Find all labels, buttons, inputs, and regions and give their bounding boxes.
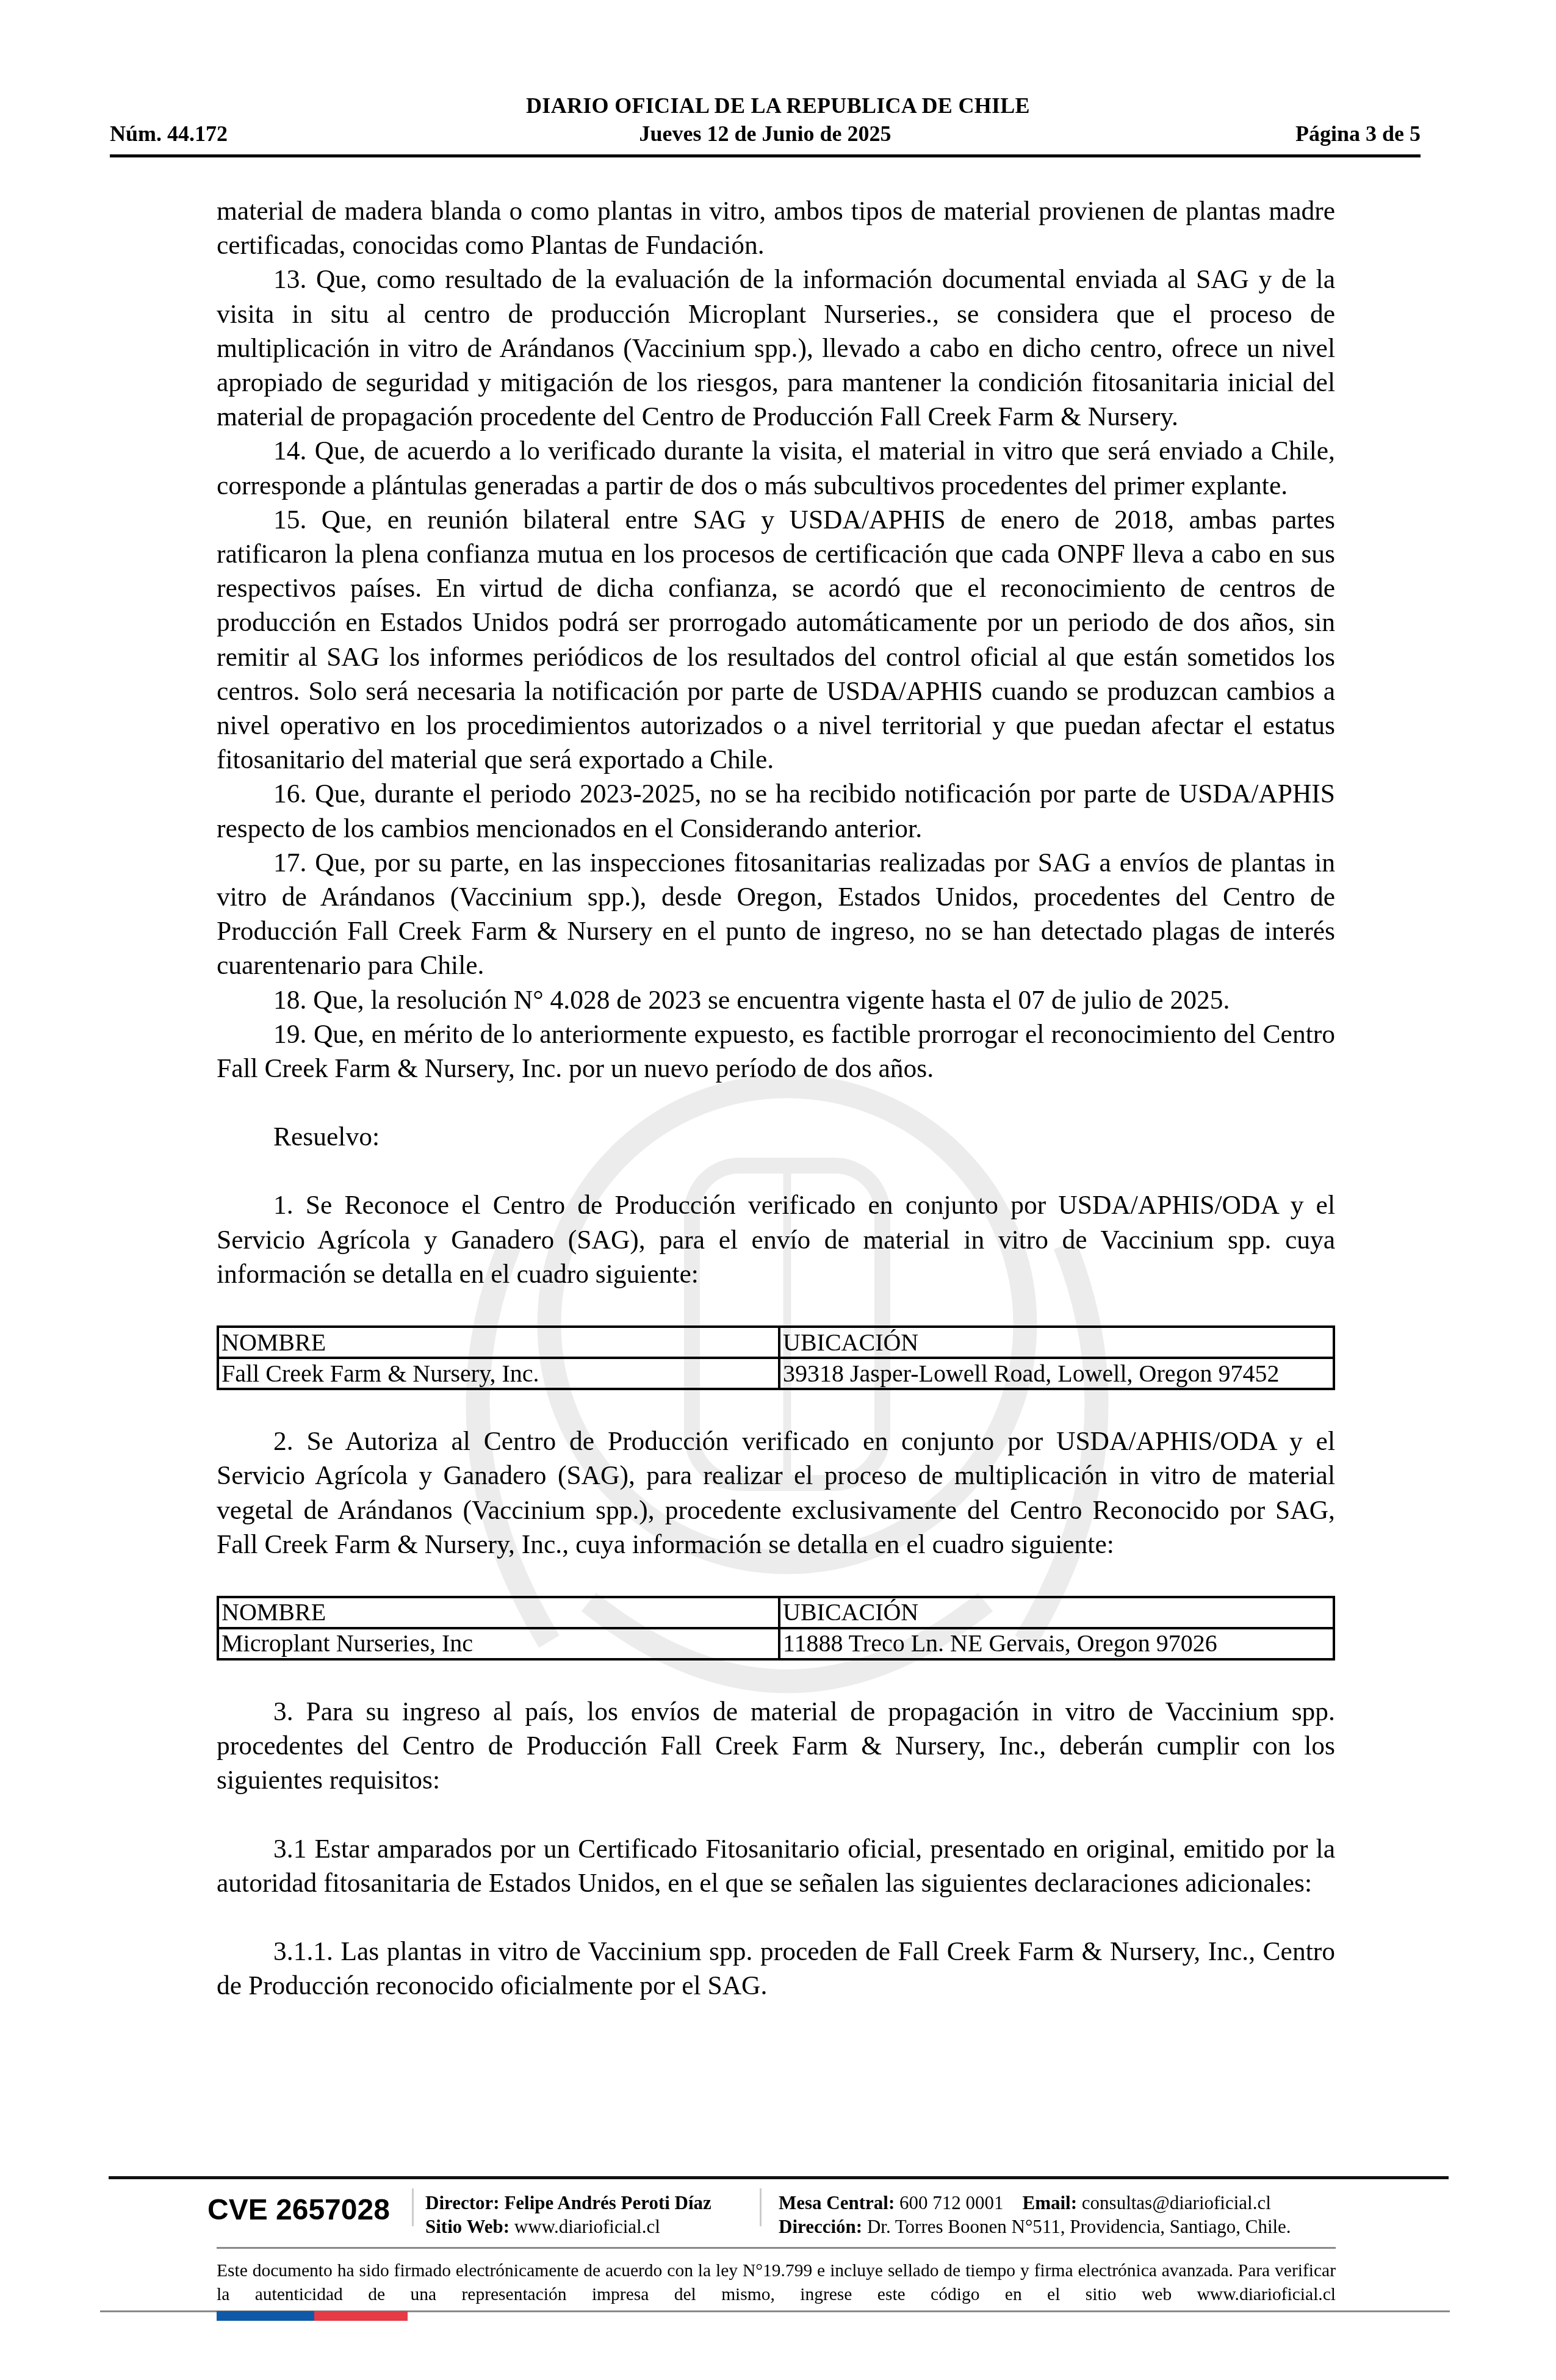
resolution-item-2: 2. Se Autoriza al Centro de Producción v…	[217, 1424, 1335, 1562]
spacer	[217, 1390, 1335, 1424]
paragraph-16: 16. Que, durante el periodo 2023-2025, n…	[217, 777, 1335, 845]
resolution-item-3: 3. Para su ingreso al país, los envíos d…	[217, 1695, 1335, 1798]
paragraph-17: 17. Que, por su parte, en las inspeccion…	[217, 846, 1335, 983]
website-label: Sitio Web:	[425, 2216, 510, 2237]
table-header-row: NOMBRE UBICACIÓN	[218, 1597, 1334, 1628]
cell-nombre: Fall Creek Farm & Nursery, Inc.	[218, 1358, 779, 1389]
flag-blue-stripe	[217, 2311, 314, 2321]
requirement-3-1: 3.1 Estar amparados por un Certificado F…	[217, 1832, 1335, 1900]
flag-red-stripe	[314, 2311, 408, 2321]
phone-label: Mesa Central:	[779, 2192, 895, 2213]
issue-date: Jueves 12 de Junio de 2025	[110, 121, 1421, 146]
footer-director-block: Director: Felipe Andrés Peroti Díaz Siti…	[425, 2191, 711, 2238]
paragraph-19: 19. Que, en mérito de lo anteriormente e…	[217, 1017, 1335, 1086]
spacer	[217, 1154, 1335, 1188]
footer-divider	[109, 2176, 1449, 2179]
requirement-3-1-1: 3.1.1. Las plantas in vitro de Vaccinium…	[217, 1935, 1335, 2003]
issue-number: Núm. 44.172	[110, 121, 228, 146]
paragraph-15: 15. Que, en reunión bilateral entre SAG …	[217, 503, 1335, 777]
email-link[interactable]: consultas@diarioficial.cl	[1082, 2192, 1271, 2213]
paragraph-13: 13. Que, como resultado de la evaluación…	[217, 262, 1335, 434]
footer-separator	[760, 2188, 762, 2226]
cell-ubicacion: 39318 Jasper-Lowell Road, Lowell, Oregon…	[779, 1358, 1334, 1389]
production-center-table: NOMBRE UBICACIÓN Fall Creek Farm & Nurse…	[217, 1325, 1335, 1390]
footer-contact-block: Mesa Central: 600 712 0001 Email: consul…	[779, 2191, 1291, 2238]
resuelvo-heading: Resuelvo:	[217, 1120, 1335, 1154]
spacer	[217, 1086, 1335, 1120]
cve-code: CVE 2657028	[207, 2193, 390, 2227]
spacer	[217, 1798, 1335, 1832]
resolution-item-1: 1. Se Reconoce el Centro de Producción v…	[217, 1188, 1335, 1291]
paragraph-18: 18. Que, la resolución N° 4.028 de 2023 …	[217, 983, 1335, 1017]
table-row: Microplant Nurseries, Inc 11888 Treco Ln…	[218, 1628, 1334, 1659]
cell-ubicacion: 11888 Treco Ln. NE Gervais, Oregon 97026	[779, 1628, 1334, 1659]
footer-inner-divider	[217, 2247, 1336, 2249]
header-divider	[110, 154, 1421, 157]
website-link[interactable]: www.diarioficial.cl	[514, 2216, 660, 2237]
column-header-nombre: NOMBRE	[218, 1597, 779, 1628]
cell-nombre: Microplant Nurseries, Inc	[218, 1628, 779, 1659]
document-body: material de madera blanda o como plantas…	[217, 194, 1335, 2003]
address-label: Dirección:	[779, 2216, 862, 2237]
footer-separator	[412, 2188, 414, 2226]
spacer	[217, 1291, 1335, 1325]
newspaper-title: DIARIO OFICIAL DE LA REPUBLICA DE CHILE	[0, 93, 1556, 118]
address-value: Dr. Torres Boonen N°511, Providencia, Sa…	[867, 2216, 1291, 2237]
director-name: Felipe Andrés Peroti Díaz	[504, 2192, 711, 2213]
page-indicator: Página 3 de 5	[1295, 121, 1421, 146]
spacer	[217, 1661, 1335, 1695]
email-label: Email:	[1023, 2192, 1078, 2213]
column-header-ubicacion: UBICACIÓN	[779, 1327, 1334, 1358]
paragraph-14: 14. Que, de acuerdo a lo verificado dura…	[217, 434, 1335, 502]
column-header-ubicacion: UBICACIÓN	[779, 1597, 1334, 1628]
spacer	[217, 1900, 1335, 1935]
column-header-nombre: NOMBRE	[218, 1327, 779, 1358]
director-label: Director:	[425, 2192, 500, 2213]
multiplication-center-table: NOMBRE UBICACIÓN Microplant Nurseries, I…	[217, 1596, 1335, 1661]
electronic-signature-notice: Este documento ha sido firmado electróni…	[217, 2259, 1336, 2307]
paragraph-continuation: material de madera blanda o como plantas…	[217, 194, 1335, 262]
table-row: Fall Creek Farm & Nursery, Inc. 39318 Ja…	[218, 1358, 1334, 1389]
table-header-row: NOMBRE UBICACIÓN	[218, 1327, 1334, 1358]
phone-number: 600 712 0001	[899, 2192, 1004, 2213]
spacer	[217, 1562, 1335, 1596]
